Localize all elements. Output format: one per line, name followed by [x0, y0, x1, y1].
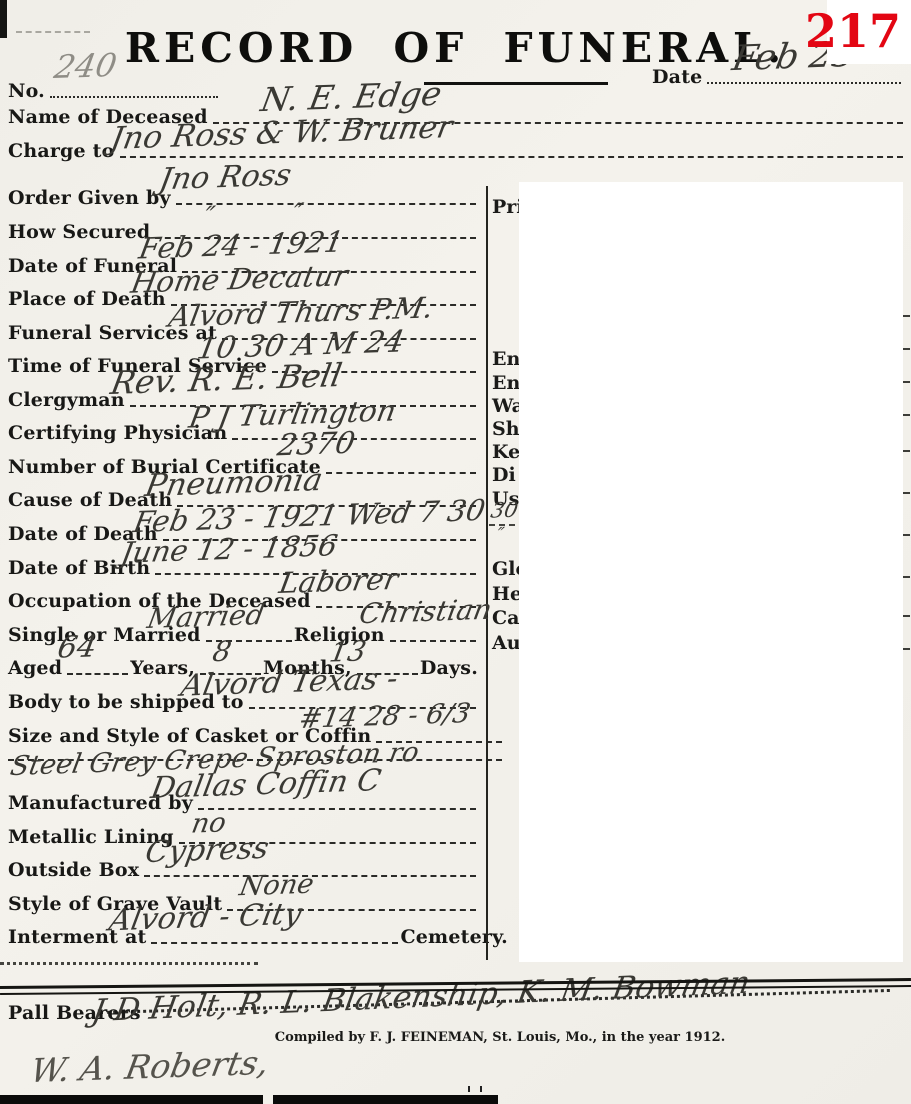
line-end-dash: [903, 615, 910, 617]
line-end-dash: [903, 534, 910, 536]
manufactured-by-handwriting: Dallas Coffin C: [149, 766, 384, 804]
burial-certificate-handwriting: 2370: [275, 429, 357, 462]
marital-handwriting: Married: [145, 601, 266, 633]
no-label: No.: [8, 80, 45, 102]
place-of-death-handwriting: Home Decatur: [129, 261, 350, 297]
cause-of-death-handwriting: Pneumonia: [143, 465, 325, 502]
scanned-funeral-record: RECORD OF FUNERAL. 217 No. 240 Date Feb …: [0, 0, 911, 1104]
dashed-line: [198, 807, 476, 810]
dashed-line: [120, 155, 904, 158]
column-divider-line: [486, 186, 488, 960]
body-shipped-handwriting: Alvord Texas -: [179, 664, 400, 701]
footer-dotted-line: [0, 962, 258, 965]
line-end-dash: [903, 315, 910, 317]
compiled-by-line: Compiled by F. J. FEINEMAN, St. Louis, M…: [240, 1030, 760, 1045]
religion-handwriting: Christian: [357, 596, 494, 629]
interment-handwriting: Alvord - City: [107, 900, 304, 937]
cemetery-label: Cemetery.: [400, 926, 508, 948]
aged-label: Aged: [8, 657, 62, 679]
price-list-partial-label: Ke: [492, 441, 520, 463]
price-list-partial-label: Sh: [492, 418, 520, 440]
no-value-handwriting: 240: [52, 49, 119, 83]
line-end-dash: [903, 450, 910, 452]
how-secured-handwriting: ″ ″: [202, 200, 305, 229]
price-list-partial-label: En: [492, 348, 520, 370]
casket-style-handwriting: #14 28 - 6/3: [297, 700, 473, 733]
field-label: Order Given by: [8, 187, 171, 209]
date-of-funeral-handwriting: Feb 24 - 1921: [137, 227, 346, 263]
page-number: 217: [805, 4, 901, 58]
clergyman-handwriting: Rev. R. E. Bell: [108, 359, 344, 399]
line-end-dash: [903, 414, 910, 416]
scan-artifact-bar: [0, 1095, 498, 1104]
pall-bearers-handwriting: J D Holt, R. L. Blakenship, K. M. Bowman: [90, 968, 753, 1027]
outside-box-handwriting: Cypress: [143, 834, 271, 868]
dashed-line: [390, 639, 476, 642]
date-line: [707, 81, 901, 84]
line-end-dash: [903, 492, 910, 494]
title-underline: [424, 82, 608, 85]
line-end-dash: [903, 576, 910, 578]
date-of-birth-handwriting: June 12 - 1856: [119, 531, 340, 567]
days-label: Days.: [420, 657, 478, 679]
dashed-line: [151, 941, 398, 944]
right-column-ditto-handwriting: ″: [495, 526, 505, 544]
order-given-by-handwriting: Jno Ross: [157, 161, 294, 196]
aged-years-handwriting: 64: [55, 632, 99, 663]
field-label: Charge to: [8, 140, 115, 162]
field-label: How Secured: [8, 221, 150, 243]
dashed-line: [326, 471, 476, 474]
occupation-handwriting: Laborer: [277, 565, 400, 598]
line-end-dash: [903, 648, 910, 650]
no-line: [50, 95, 218, 98]
field-label: Outside Box: [8, 859, 139, 881]
scan-artifact-mark: [468, 1086, 482, 1092]
scan-artifact-notch: [263, 1095, 273, 1104]
redaction-box: [519, 182, 903, 962]
line-end-dash: [903, 381, 910, 383]
dashed-line: [67, 672, 128, 675]
line-end-dash: [903, 348, 910, 350]
price-list-partial-label: Di: [492, 464, 516, 486]
no-field-row: No.: [8, 80, 220, 102]
extra-signature-handwriting: W. A. Roberts,: [28, 1046, 271, 1087]
price-list-partial-label: En: [492, 372, 520, 394]
